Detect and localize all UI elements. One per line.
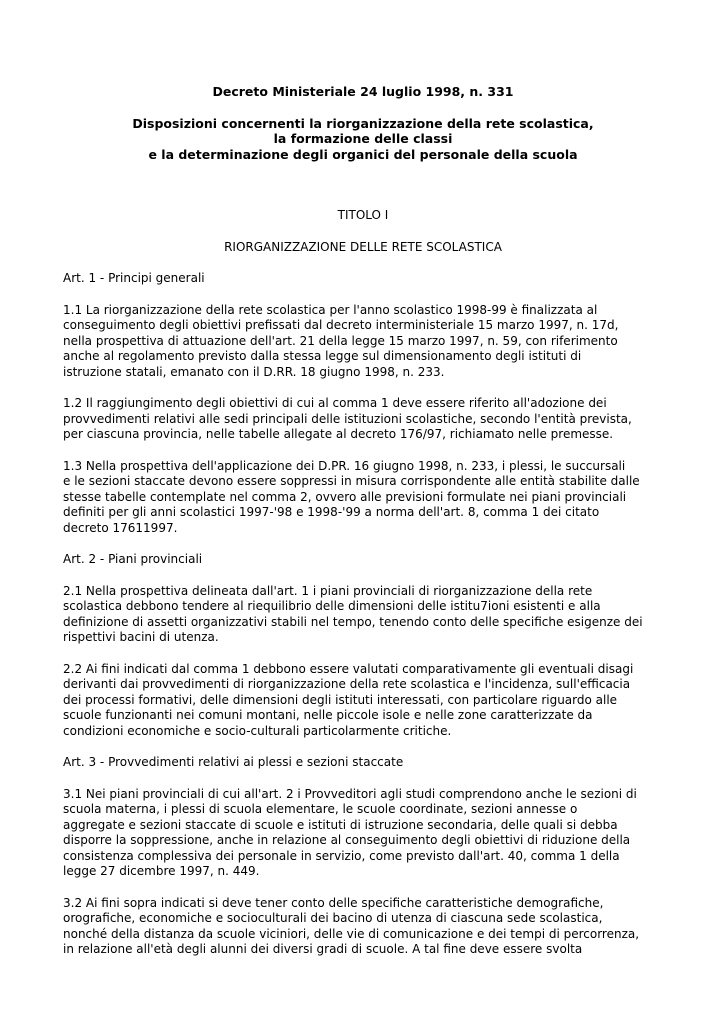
article-heading: Art. 2 - Piani provinciali	[63, 552, 663, 568]
document-title: Decreto Ministeriale 24 luglio 1998, n. …	[63, 84, 663, 100]
article-paragraph: 1.2 Il raggiungimento degli obiettivi di…	[63, 396, 663, 443]
articles-container: Art. 1 - Principi generali1.1 La riorgan…	[63, 271, 663, 958]
article-paragraph: 3.1 Nei piani provinciali di cui all'art…	[63, 787, 663, 880]
document-page: Decreto Ministeriale 24 luglio 1998, n. …	[0, 0, 724, 1024]
article-paragraph: 1.1 La riorganizzazione della rete scola…	[63, 303, 663, 381]
document-subtitle: Disposizioni concernenti la riorganizzaz…	[63, 116, 663, 163]
article-heading: Art. 1 - Principi generali	[63, 271, 663, 287]
titolo-heading: RIORGANIZZAZIONE DELLE RETE SCOLASTICA	[63, 240, 663, 256]
article-paragraph: 3.2 Ai fini sopra indicati si deve tener…	[63, 896, 663, 958]
article-paragraph: 1.3 Nella prospettiva dell'applicazione …	[63, 459, 663, 537]
article-paragraph: 2.1 Nella prospettiva delineata dall'art…	[63, 584, 663, 646]
article-paragraph: 2.2 Ai fini indicati dal comma 1 debbono…	[63, 662, 663, 740]
titolo-label: TITOLO I	[63, 208, 663, 224]
article-heading: Art. 3 - Provvedimenti relativi ai pless…	[63, 755, 663, 771]
